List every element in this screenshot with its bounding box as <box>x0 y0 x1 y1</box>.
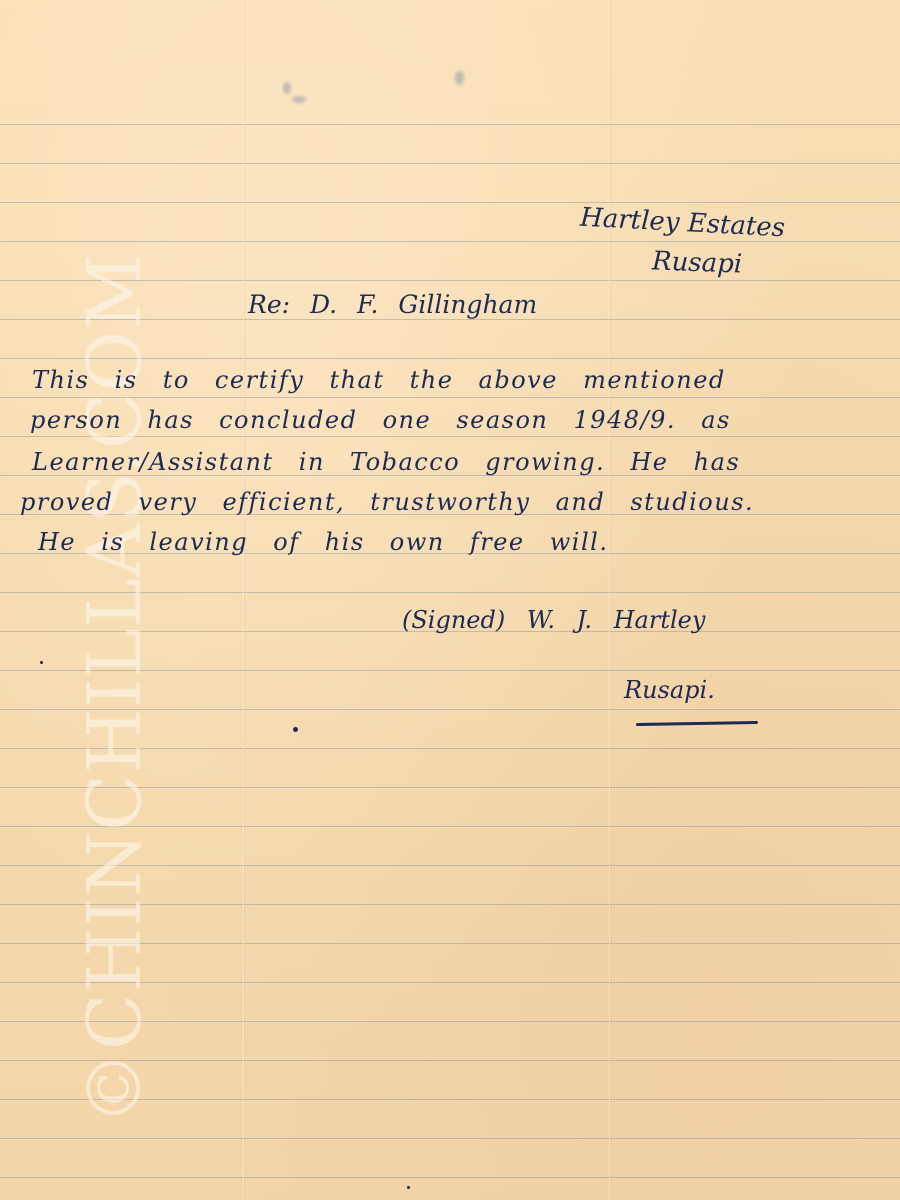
signed-label: (Signed) <box>402 606 505 634</box>
ink-dot <box>407 1186 410 1189</box>
rule-line <box>0 202 900 203</box>
rule-line <box>0 163 900 164</box>
ink-dot <box>40 661 43 664</box>
fold-crease <box>609 0 611 1200</box>
address-line-2: Rusapi <box>652 248 743 277</box>
body-line: person has concluded one season 1948/9. … <box>30 408 731 432</box>
signer-name: W. J. Hartley <box>527 606 706 634</box>
body-line: This is to certify that the above mentio… <box>32 368 726 392</box>
rule-line <box>0 1138 900 1139</box>
ink-smudge <box>455 71 464 85</box>
body-line: proved very efficient, trustworthy and s… <box>20 490 754 514</box>
subject-line: Re: D. F. Gillingham <box>248 292 537 317</box>
signature-line: (Signed) W. J. Hartley <box>402 608 705 632</box>
ink-dot <box>293 727 298 732</box>
body-line: He is leaving of his own free will. <box>38 530 608 554</box>
signature-place: Rusapi. <box>624 678 715 702</box>
fold-crease <box>243 0 245 1200</box>
body-line: Learner/Assistant in Tobacco growing. He… <box>32 450 740 474</box>
ink-smudge <box>292 96 306 103</box>
rule-line <box>0 1177 900 1178</box>
rule-line <box>0 124 900 125</box>
ink-smudge <box>283 82 291 94</box>
